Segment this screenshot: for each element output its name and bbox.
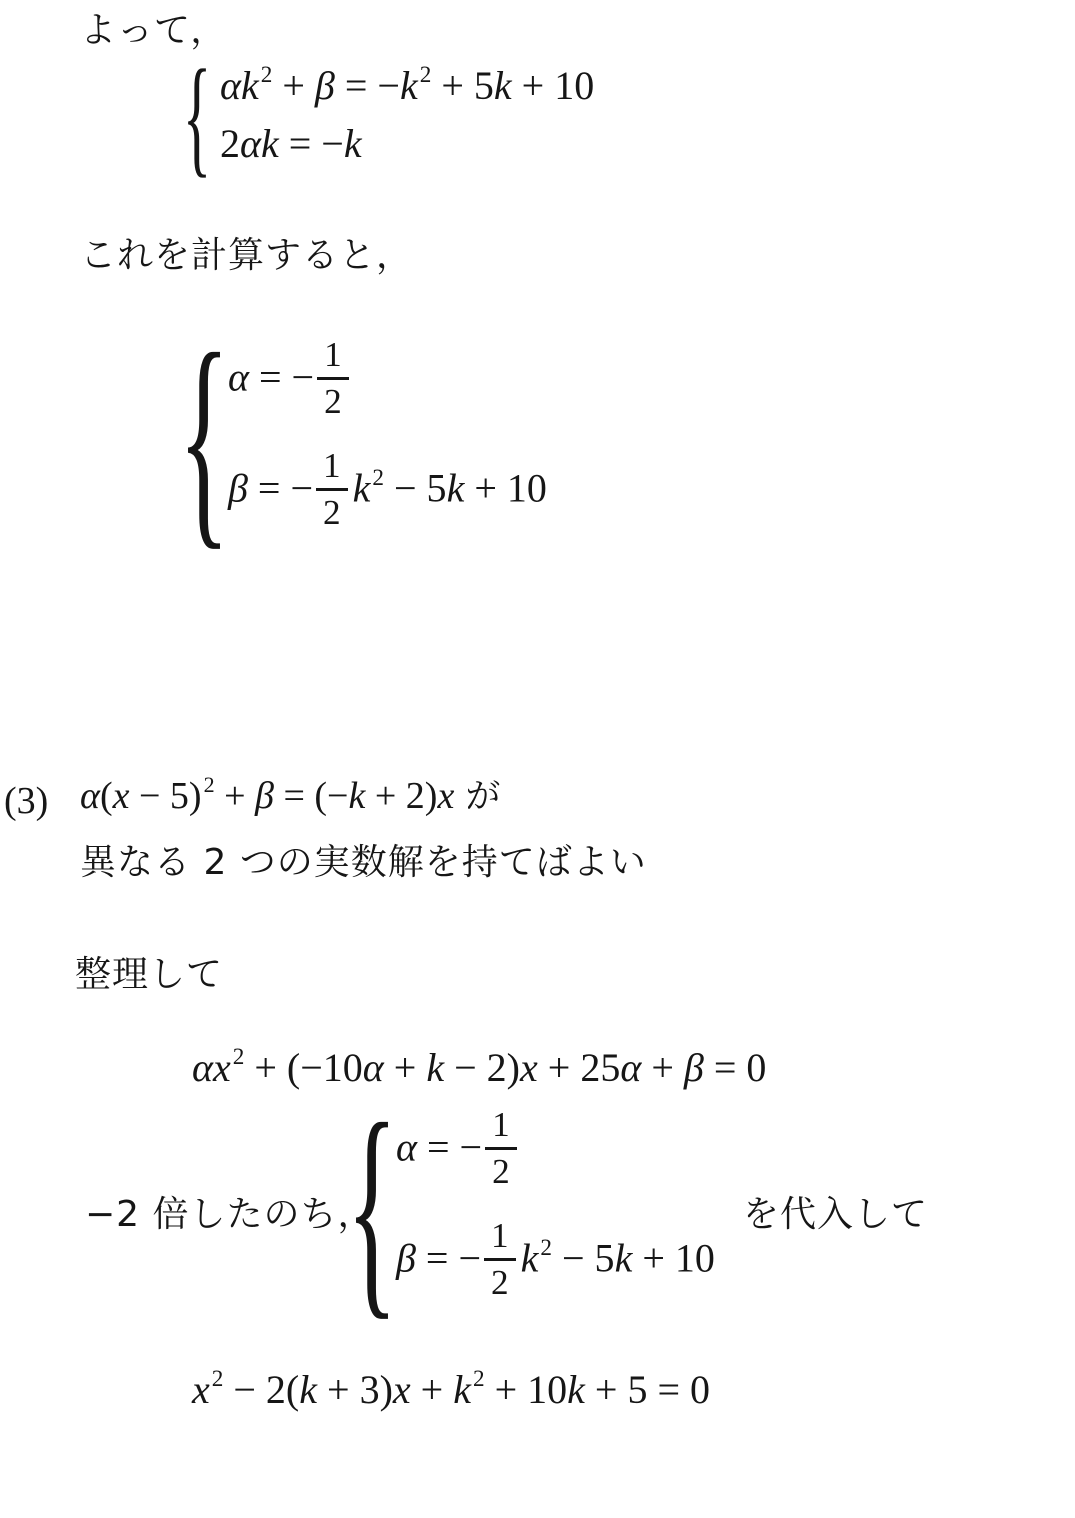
math-token: + bbox=[641, 1045, 684, 1090]
math-token: 2 bbox=[473, 1366, 485, 1392]
math-token: − 5 bbox=[384, 466, 447, 511]
math-token: = − bbox=[249, 355, 314, 400]
lead-text-keisan: これを計算すると， bbox=[80, 233, 413, 278]
math-token: = − bbox=[248, 466, 313, 511]
math-token: k bbox=[426, 1045, 444, 1090]
system-3-lines: α = −12 β = −12k2 − 5k + 10 bbox=[396, 1109, 715, 1305]
math-token: β bbox=[315, 63, 335, 108]
math-token: − 2( bbox=[223, 1367, 299, 1412]
math-token: αx bbox=[192, 1045, 231, 1090]
math-token: = 0 bbox=[704, 1045, 767, 1090]
text-post-substitute: を代入して bbox=[743, 1192, 928, 1237]
math-token: − 5) bbox=[129, 775, 201, 817]
math-token: 2 bbox=[372, 465, 384, 491]
equation-final: x2 − 2(k + 3)x + k2 + 10k + 5 = 0 bbox=[192, 1366, 710, 1414]
equation-sys2-line2: β = −12k2 − 5k + 10 bbox=[228, 450, 547, 535]
problem-number: (3) bbox=[4, 779, 48, 825]
equation-sys2-line1: α = −12 bbox=[228, 339, 547, 424]
fraction: 12 bbox=[485, 1106, 517, 1191]
math-token: x bbox=[437, 775, 454, 817]
math-token: = − bbox=[416, 1236, 481, 1281]
math-token: k bbox=[615, 1236, 633, 1281]
math-token: k bbox=[567, 1367, 585, 1412]
math-token: β bbox=[396, 1236, 416, 1281]
math-token: k bbox=[400, 63, 418, 108]
fraction: 12 bbox=[316, 447, 348, 532]
math-token: 2 bbox=[261, 62, 273, 88]
fraction: 12 bbox=[317, 336, 349, 421]
math-token: αk bbox=[220, 63, 259, 108]
math-token: k bbox=[453, 1367, 471, 1412]
math-token: + 3) bbox=[317, 1367, 393, 1412]
math-token: ( bbox=[100, 775, 113, 817]
math-token: が bbox=[454, 777, 500, 817]
math-solution-page: よって， { αk2 + β = −k2 + 5k + 10 2αk = −k … bbox=[0, 0, 1075, 1518]
equation-system-3: { α = −12 β = −12k2 − 5k + 10 bbox=[358, 1107, 715, 1307]
text-pre-substitute: −2 倍したのち， bbox=[85, 1192, 375, 1237]
equation-expanded: αx2 + (−10α + k − 2)x + 25α + β = 0 bbox=[192, 1044, 766, 1092]
math-token: x bbox=[113, 775, 130, 817]
equation-sys1-line2: 2αk = −k bbox=[220, 120, 594, 168]
curly-brace: { bbox=[198, 301, 211, 574]
math-token: = − bbox=[417, 1125, 482, 1170]
math-token: + 5 = 0 bbox=[585, 1367, 710, 1412]
math-token: α bbox=[80, 775, 100, 817]
equation-system-1: { αk2 + β = −k2 + 5k + 10 2αk = −k bbox=[184, 58, 594, 172]
math-token: + 25 bbox=[538, 1045, 621, 1090]
equation-sys3-line2: β = −12k2 − 5k + 10 bbox=[396, 1220, 715, 1305]
lead-text-seiri: 整理して bbox=[75, 952, 223, 997]
equation-sys1-line1: αk2 + β = −k2 + 5k + 10 bbox=[220, 62, 594, 110]
math-token: β bbox=[228, 466, 248, 511]
math-token: αk bbox=[240, 121, 279, 166]
math-token: + 10 bbox=[632, 1236, 715, 1281]
curly-brace: { bbox=[366, 1071, 379, 1344]
math-token: 2 bbox=[204, 772, 215, 797]
math-token: 2 bbox=[212, 1366, 224, 1392]
math-token: + 10 bbox=[485, 1367, 568, 1412]
math-token: + bbox=[272, 63, 315, 108]
math-token: k bbox=[344, 121, 362, 166]
math-token: x bbox=[393, 1367, 411, 1412]
math-token: 2 bbox=[233, 1044, 245, 1070]
math-token: + 10 bbox=[512, 63, 595, 108]
math-token: k bbox=[299, 1367, 317, 1412]
math-token: k bbox=[447, 466, 465, 511]
math-token: − 2) bbox=[444, 1045, 520, 1090]
math-token: k bbox=[353, 466, 371, 511]
math-token: k bbox=[494, 63, 512, 108]
math-token: α bbox=[396, 1125, 417, 1170]
math-token: + (−10 bbox=[244, 1045, 362, 1090]
math-token: α bbox=[228, 355, 249, 400]
system-2-lines: α = −12 β = −12k2 − 5k + 10 bbox=[228, 339, 547, 535]
math-token: 2 bbox=[540, 1235, 552, 1261]
math-token: + bbox=[411, 1367, 454, 1412]
math-token: = (− bbox=[274, 775, 349, 817]
math-token: = − bbox=[335, 63, 400, 108]
math-token: + 10 bbox=[464, 466, 547, 511]
equation-p3: α(x − 5)2 + β = (−k + 2)x が bbox=[80, 772, 500, 819]
curly-brace: { bbox=[191, 39, 203, 192]
math-token: − 5 bbox=[552, 1236, 615, 1281]
fraction: 12 bbox=[484, 1217, 516, 1302]
text-p3-condition: 異なる 2 つの実数解を持てばよい bbox=[80, 840, 647, 885]
math-token: 2 bbox=[220, 121, 240, 166]
math-token: β bbox=[684, 1045, 704, 1090]
equation-system-2: { α = −12 β = −12k2 − 5k + 10 bbox=[190, 337, 547, 537]
math-token: α bbox=[620, 1045, 641, 1090]
equation-sys3-line1: α = −12 bbox=[396, 1109, 715, 1194]
math-token: + 5 bbox=[431, 63, 494, 108]
math-token: k bbox=[521, 1236, 539, 1281]
math-token: 2 bbox=[420, 62, 432, 88]
system-1-lines: αk2 + β = −k2 + 5k + 10 2αk = −k bbox=[220, 62, 594, 168]
math-token: x bbox=[192, 1367, 210, 1412]
math-token: + 2) bbox=[365, 775, 437, 817]
math-token: β bbox=[255, 775, 274, 817]
math-token: + bbox=[215, 775, 255, 817]
math-token: x bbox=[520, 1045, 538, 1090]
math-token: k bbox=[348, 775, 365, 817]
math-token: = − bbox=[279, 121, 344, 166]
